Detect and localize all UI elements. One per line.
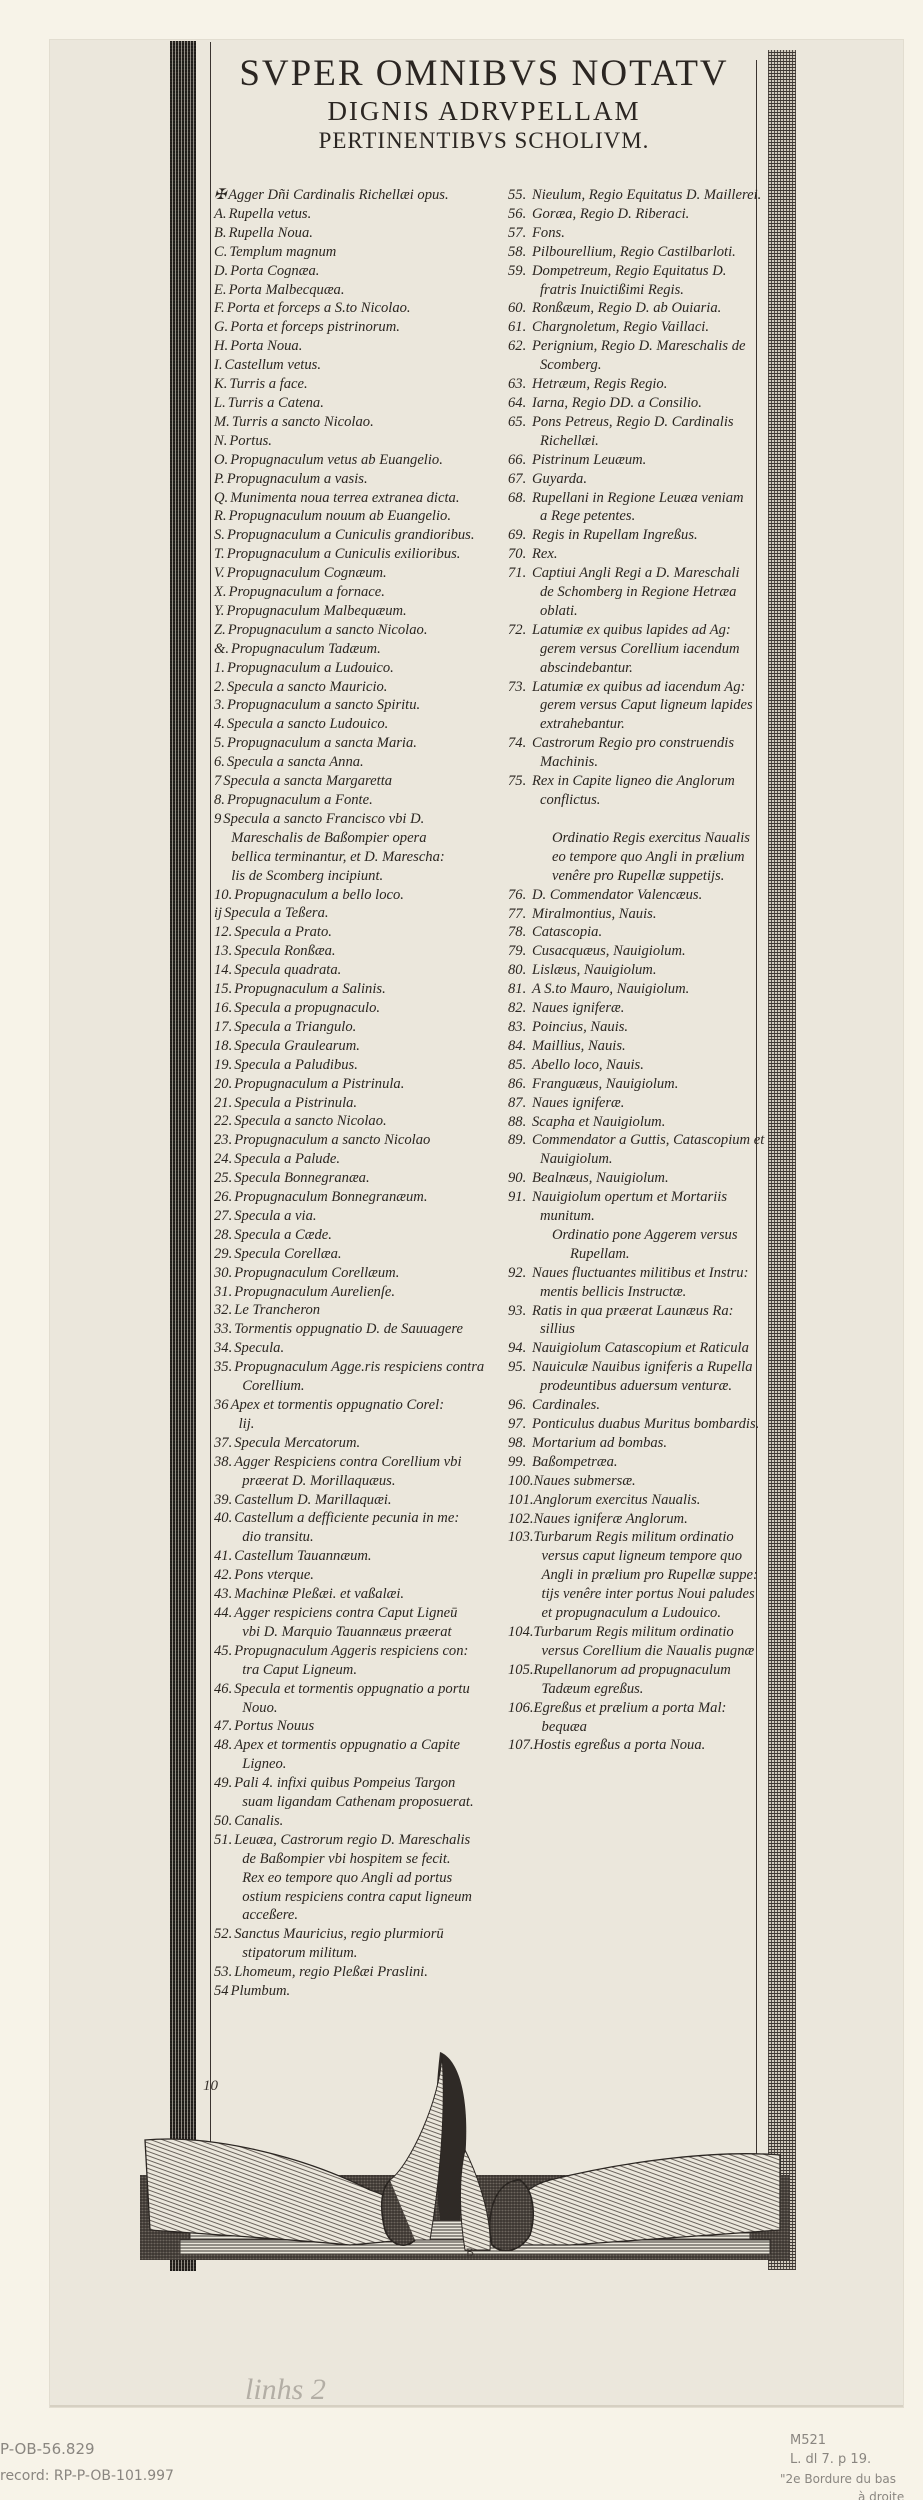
legend-entry: 45.Propugnaculum Aggeris respiciens con:… [214, 1642, 514, 1680]
legend-entry: ijSpecula a Teßera. [214, 904, 514, 923]
legend-description: Porta et forceps a S.to Nicolao. [227, 299, 514, 318]
legend-line: Agger Respiciens contra Corellium vbi [234, 1453, 514, 1472]
legend-description: Propugnaculum a vasis. [227, 470, 514, 489]
legend-description: Hetræum, Regis Regio. [532, 375, 758, 394]
legend-entry: 4.Specula a sancto Ludouico. [214, 715, 514, 734]
legend-key: 36 [214, 1396, 231, 1434]
legend-description: Naues fluctuantes militibus et Instru:me… [532, 1264, 758, 1302]
legend-key: 80. [508, 961, 532, 980]
title-line-3: PERTINENTIBVS SCHOLIVM. [212, 126, 756, 156]
legend-key: M. [214, 413, 232, 432]
legend-line: Miralmontius, Nauis. [532, 905, 758, 924]
title-block: SVPER OMNIBVS NOTATV DIGNIS ADRVPELLAM P… [212, 52, 756, 156]
legend-entry: 12.Specula a Prato. [214, 923, 514, 942]
legend-key: 13. [214, 942, 234, 961]
legend-line: Specula a sancto Mauricio. [227, 678, 514, 697]
legend-entry: 33.Tormentis oppugnatio D. de Sauuagere [214, 1320, 514, 1339]
legend-entry: 76.D. Commendator Valencæus. [508, 886, 758, 905]
legend-key: 47. [214, 1717, 234, 1736]
legend-entry: F.Porta et forceps a S.to Nicolao. [214, 299, 514, 318]
pencil-ref-right-3: "2e Bordure du bas [780, 2472, 896, 2486]
legend-description: Tormentis oppugnatio D. de Sauuagere [234, 1320, 514, 1339]
legend-key: 58. [508, 243, 532, 262]
legend-entry: A.Rupella vetus. [214, 205, 514, 224]
legend-description: Latumiæ ex quibus ad iacendum Ag:gerem v… [532, 678, 758, 735]
legend-line: Propugnaculum a sancta Maria. [227, 734, 514, 753]
legend-entry: 63.Hetræum, Regis Regio. [508, 375, 758, 394]
legend-line: Specula a sancta Anna. [227, 753, 514, 772]
legend-key: 89. [508, 1131, 532, 1169]
legend-line: Nauigiolum Catascopium et Raticula [532, 1339, 758, 1358]
hatched-border-left [170, 41, 196, 2271]
legend-key: 100. [508, 1472, 534, 1491]
legend-key: 78. [508, 923, 532, 942]
legend-description: Turbarum Regis militum ordinatioversus C… [534, 1623, 758, 1661]
legend-key: 10. [214, 886, 234, 905]
legend-entry: 97.Ponticulus duabus Muritus bombardis. [508, 1415, 758, 1434]
legend-entry: 66.Pistrinum Leuæum. [508, 451, 758, 470]
legend-entry: S.Propugnaculum a Cuniculis grandioribus… [214, 526, 514, 545]
pencil-ref-right-2: L. dl 7. p 19. [790, 2452, 871, 2467]
legend-key: Z. [214, 621, 228, 640]
legend-line: Propugnaculum Aggeris respiciens con: [234, 1642, 514, 1661]
legend-line: Cardinales. [532, 1396, 758, 1415]
legend-line: Specula a Paludibus. [234, 1056, 514, 1075]
legend-description: Specula a via. [234, 1207, 514, 1226]
legend-line: Propugnaculum Agge.ris respiciens contra [234, 1358, 514, 1377]
legend-description: Miralmontius, Nauis. [532, 905, 758, 924]
legend-line: et propugnaculum a Ludouico. [534, 1604, 758, 1623]
legend-line: fratris Inuictißimi Regis. [532, 281, 758, 300]
legend-description: Porta Noua. [230, 337, 514, 356]
legend-key: 43. [214, 1585, 234, 1604]
legend-key: 49. [214, 1774, 234, 1812]
legend-entry: 101.Anglorum exercitus Naualis. [508, 1491, 758, 1510]
legend-key: 15. [214, 980, 234, 999]
legend-description: Baßompetræa. [532, 1453, 758, 1472]
legend-line: Pons vterque. [234, 1566, 514, 1585]
legend-line: Chargnoletum, Regio Vaillaci. [532, 318, 758, 337]
legend-entry: 61.Chargnoletum, Regio Vaillaci. [508, 318, 758, 337]
legend-line: A S.to Mauro, Nauigiolum. [532, 980, 758, 999]
legend-entry: 106.Egreßus et prælium a porta Mal:bequæ… [508, 1699, 758, 1737]
legend-line: Turbarum Regis militum ordinatio [534, 1528, 758, 1547]
legend-line: abscindebantur. [532, 659, 758, 678]
legend-line: Propugnaculum Corellæum. [234, 1264, 514, 1283]
legend-description: Porta Cognæa. [230, 262, 514, 281]
legend-key: 18. [214, 1037, 234, 1056]
legend-entry: 32.Le Trancheron [214, 1301, 514, 1320]
legend-key: 90. [508, 1169, 532, 1188]
legend-description: Propugnaculum Aggeris respiciens con:tra… [234, 1642, 514, 1680]
legend-description: Propugnaculum a sancto Nicolao. [228, 621, 514, 640]
legend-line: Franguæus, Nauigiolum. [532, 1075, 758, 1094]
legend-line: Sanctus Mauricius, regio plurmiorū [234, 1925, 514, 1944]
legend-key: 107. [508, 1736, 534, 1755]
legend-key: 72. [508, 621, 532, 678]
legend-key: 62. [508, 337, 532, 375]
legend-entry: 64.Iarna, Regio DD. a Consilio. [508, 394, 758, 413]
legend-line: Commendator a Guttis, Catascopium et [532, 1131, 764, 1150]
legend-key: 73. [508, 678, 532, 735]
legend-line: mentis bellicis Instructæ. [532, 1283, 758, 1302]
legend-key: 66. [508, 451, 532, 470]
legend-key: 22. [214, 1112, 234, 1131]
legend-key: 96. [508, 1396, 532, 1415]
legend-key: D. [214, 262, 230, 281]
legend-entry: 98.Mortarium ad bombas. [508, 1434, 758, 1453]
legend-description: Lhomeum, regio Pleßæi Praslini. [234, 1963, 514, 1982]
legend-description: Cardinales. [532, 1396, 758, 1415]
base-letter: B [466, 2245, 474, 2260]
legend-description: Castrorum Regio pro construendisMachinis… [532, 734, 758, 772]
legend-entry: 92.Naues fluctuantes militibus et Instru… [508, 1264, 758, 1302]
legend-key: 3. [214, 696, 227, 715]
legend-description: A S.to Mauro, Nauigiolum. [532, 980, 758, 999]
legend-entry: 37.Specula Mercatorum. [214, 1434, 514, 1453]
legend-line: Regis in Rupellam Ingreßus. [532, 526, 758, 545]
legend-line: Turris a sancto Nicolao. [232, 413, 514, 432]
legend-description: Plumbum. [231, 1982, 514, 2001]
legend-line: Specula a propugnaculo. [234, 999, 514, 1018]
legend-entry: 91.Nauigiolum opertum et Mortariismunitu… [508, 1188, 758, 1226]
legend-line: Latumiæ ex quibus lapides ad Ag: [532, 621, 758, 640]
legend-entry: 90.Bealnæus, Nauigiolum. [508, 1169, 758, 1188]
legend-entry: 77.Miralmontius, Nauis. [508, 905, 758, 924]
legend-description: Specula a Triangulo. [234, 1018, 514, 1037]
legend-entry: 53.Lhomeum, regio Pleßæi Praslini. [214, 1963, 514, 1982]
legend-line: Hetræum, Regis Regio. [532, 375, 758, 394]
legend-line: Nauigiolum opertum et Mortariis [532, 1188, 758, 1207]
legend-entry: 75.Rex in Capite ligneo die Anglorumconf… [508, 772, 758, 810]
legend-line: Castellum vetus. [225, 356, 514, 375]
legend-line: stipatorum militum. [234, 1944, 514, 1963]
legend-line: Mareschalis de Baßompier opera [223, 829, 514, 848]
legend-key: 38. [214, 1453, 234, 1491]
legend-description: Nieulum, Regio Equitatus D. Maillerei. [532, 186, 761, 205]
legend-key: 14. [214, 961, 234, 980]
legend-entry: 57.Fons. [508, 224, 758, 243]
legend-key: 102. [508, 1510, 534, 1529]
pencil-ref-right-4: à droite [858, 2490, 904, 2500]
legend-description: Poincius, Nauis. [532, 1018, 758, 1037]
legend-description: Commendator a Guttis, Catascopium etNaui… [532, 1131, 764, 1169]
legend-entry: X.Propugnaculum a fornace. [214, 583, 514, 602]
legend-description: Propugnaculum vetus ab Euangelio. [230, 451, 514, 470]
legend-entry: L.Turris a Catena. [214, 394, 514, 413]
legend-entry: 24.Specula a Palude. [214, 1150, 514, 1169]
legend-key: 68. [508, 489, 532, 527]
legend-key: 76. [508, 886, 532, 905]
legend-key: 12. [214, 923, 234, 942]
legend-key: 101. [508, 1491, 534, 1510]
legend-line: Naues submersæ. [534, 1472, 758, 1491]
legend-entry: 70.Rex. [508, 545, 758, 564]
legend-entry: 46.Specula et tormentis oppugnatio a por… [214, 1680, 514, 1718]
legend-key: 41. [214, 1547, 234, 1566]
legend-line: Castellum a defficiente pecunia in me: [234, 1509, 514, 1528]
legend-line: extrahebantur. [532, 715, 758, 734]
legend-description: Templum magnum [229, 243, 514, 262]
legend-line: Propugnaculum vetus ab Euangelio. [230, 451, 514, 470]
legend-description: Rupellani in Regione Leuæa veniama Rege … [532, 489, 758, 527]
legend-line: Maillius, Nauis. [532, 1037, 758, 1056]
legend-description: Pons Petreus, Regio D. CardinalisRichell… [532, 413, 758, 451]
legend-key: ✠ [214, 186, 228, 205]
legend-entry: T.Propugnaculum a Cuniculis exilioribus. [214, 545, 514, 564]
legend-line: Specula Mercatorum. [234, 1434, 514, 1453]
legend-key: P. [214, 470, 227, 489]
legend-description: Maillius, Nauis. [532, 1037, 758, 1056]
legend-line: Perignium, Regio D. Mareschalis de [532, 337, 758, 356]
legend-column-left: ✠Agger Dñi Cardinalis Richellæi opus.A.R… [214, 186, 514, 2001]
legend-key: 84. [508, 1037, 532, 1056]
legend-description: Captiui Angli Regi a D. Mareschalide Sch… [532, 564, 758, 621]
legend-description: Turris a Catena. [228, 394, 514, 413]
legend-key: 37. [214, 1434, 234, 1453]
legend-key: 95. [508, 1358, 532, 1396]
legend-entry: Z.Propugnaculum a sancto Nicolao. [214, 621, 514, 640]
legend-section-heading: Rupellam. [508, 1245, 758, 1264]
legend-entry: 50.Canalis. [214, 1812, 514, 1831]
legend-line: Scomberg. [532, 356, 758, 375]
legend-key: 42. [214, 1566, 234, 1585]
legend-key: 5. [214, 734, 227, 753]
legend-entry: 78.Catascopia. [508, 923, 758, 942]
legend-description: Machinæ Pleßæi. et vaßalæi. [234, 1585, 514, 1604]
legend-description: Specula a Teßera. [224, 904, 514, 923]
legend-key: 1. [214, 659, 227, 678]
legend-line: Specula. [234, 1339, 514, 1358]
legend-line: Specula Bonnegranæa. [234, 1169, 514, 1188]
legend-entry: 16.Specula a propugnaculo. [214, 999, 514, 1018]
legend-description: Turris a face. [229, 375, 514, 394]
legend-key: 29. [214, 1245, 234, 1264]
legend-entry: 79.Cusacquæus, Nauigiolum. [508, 942, 758, 961]
legend-line: Apex et tormentis oppugnatio a Capite [234, 1736, 514, 1755]
legend-key: 45. [214, 1642, 234, 1680]
legend-entry: 10.Propugnaculum a bello loco. [214, 886, 514, 905]
legend-line: Angli in prælium pro Rupellæ suppe: [534, 1566, 758, 1585]
legend-description: Specula a Cæde. [234, 1226, 514, 1245]
legend-line: munitum. [532, 1207, 758, 1226]
legend-entry: 58.Pilbourellium, Regio Castilbarloti. [508, 243, 758, 262]
legend-entry: M.Turris a sancto Nicolao. [214, 413, 514, 432]
legend-entry: 9Specula a sancto Francisco vbi D.Maresc… [214, 810, 514, 886]
legend-entry: D.Porta Cognæa. [214, 262, 514, 281]
legend-description: Turris a sancto Nicolao. [232, 413, 514, 432]
legend-entry: 27.Specula a via. [214, 1207, 514, 1226]
legend-line: Propugnaculum a Salinis. [234, 980, 514, 999]
legend-key: E. [214, 281, 229, 300]
legend-description: Pilbourellium, Regio Castilbarloti. [532, 243, 758, 262]
legend-key: 50. [214, 1812, 234, 1831]
legend-description: Hostis egreßus a porta Noua. [534, 1736, 758, 1755]
legend-description: Bealnæus, Nauigiolum. [532, 1169, 758, 1188]
legend-key: 20. [214, 1075, 234, 1094]
legend-key: 79. [508, 942, 532, 961]
legend-line: Agger respiciens contra Caput Ligneū [234, 1604, 514, 1623]
legend-description: Propugnaculum a sancta Maria. [227, 734, 514, 753]
legend-description: Propugnaculum Tadæum. [231, 640, 514, 659]
legend-description: Leuæa, Castrorum regio D. Mareschalisde … [234, 1831, 514, 1926]
legend-key: 44. [214, 1604, 234, 1642]
legend-key: 7 [214, 772, 223, 791]
legend-key: 19. [214, 1056, 234, 1075]
legend-key: 24. [214, 1150, 234, 1169]
legend-line: Mortarium ad bombas. [532, 1434, 758, 1453]
legend-entry: 8.Propugnaculum a Fonte. [214, 791, 514, 810]
legend-key: 51. [214, 1831, 234, 1926]
legend-line: Corellium. [234, 1377, 514, 1396]
legend-description: Nauiculæ Nauibus igniferis a Rupellaprod… [532, 1358, 758, 1396]
legend-key: 69. [508, 526, 532, 545]
legend-line: gerem versus Caput ligneum lapides [532, 696, 758, 715]
legend-key: 60. [508, 299, 532, 318]
legend-entry: 104.Turbarum Regis militum ordinatiovers… [508, 1623, 758, 1661]
legend-line: Canalis. [234, 1812, 514, 1831]
pencil-ref-right-1: M521 [790, 2433, 826, 2448]
legend-description: Pons vterque. [234, 1566, 514, 1585]
legend-entry: 55.Nieulum, Regio Equitatus D. Maillerei… [508, 186, 758, 205]
legend-key: 55. [508, 186, 532, 205]
legend-entry: 31.Propugnaculum Aurelienſe. [214, 1283, 514, 1302]
legend-description: Specula a Prato. [234, 923, 514, 942]
legend-entry: 30.Propugnaculum Corellæum. [214, 1264, 514, 1283]
legend-line: Porta et forceps a S.to Nicolao. [227, 299, 514, 318]
legend-description: Ponticulus duabus Muritus bombardis. [532, 1415, 759, 1434]
legend-description: Propugnaculum a sancto Nicolao [234, 1131, 514, 1150]
legend-key: I. [214, 356, 225, 375]
legend-description: Anglorum exercitus Naualis. [534, 1491, 758, 1510]
legend-entry: R.Propugnaculum nouum ab Euangelio. [214, 507, 514, 526]
legend-key: &. [214, 640, 231, 659]
legend-entry: G.Porta et forceps pistrinorum. [214, 318, 514, 337]
legend-entry: 60.Ronßæum, Regio D. ab Ouiaria. [508, 299, 758, 318]
legend-entry: 67.Guyarda. [508, 470, 758, 489]
legend-entry: 73.Latumiæ ex quibus ad iacendum Ag:gere… [508, 678, 758, 735]
legend-entry: 72.Latumiæ ex quibus lapides ad Ag:gerem… [508, 621, 758, 678]
legend-line: Specula a Prato. [234, 923, 514, 942]
legend-line: Lhomeum, regio Pleßæi Praslini. [234, 1963, 514, 1982]
legend-entry: 47.Portus Nouus [214, 1717, 514, 1736]
hatched-border-right [768, 50, 796, 2270]
legend-entry: 28.Specula a Cæde. [214, 1226, 514, 1245]
legend-section-heading: eo tempore quo Angli in prælium [508, 848, 758, 867]
legend-description: Propugnaculum a fornace. [229, 583, 514, 602]
legend-line: Rupella Noua. [229, 224, 514, 243]
legend-entry: 74.Castrorum Regio pro construendisMachi… [508, 734, 758, 772]
legend-line: Propugnaculum a Cuniculis exilioribus. [227, 545, 514, 564]
legend-description: Propugnaculum nouum ab Euangelio. [229, 507, 514, 526]
legend-line: Propugnaculum Malbequæum. [226, 602, 514, 621]
legend-key: 71. [508, 564, 532, 621]
legend-description: Rex in Capite ligneo die Anglorumconflic… [532, 772, 758, 810]
legend-description: Rupella vetus. [229, 205, 514, 224]
legend-entry: 18.Specula Graulearum. [214, 1037, 514, 1056]
legend-key: 65. [508, 413, 532, 451]
legend-key: 23. [214, 1131, 234, 1150]
legend-entry: 25.Specula Bonnegranæa. [214, 1169, 514, 1188]
legend-description: Propugnaculum Corellæum. [234, 1264, 514, 1283]
legend-line: Ratis in qua præerat Launæus Ra: [532, 1302, 758, 1321]
legend-line: Nauigiolum. [532, 1150, 764, 1169]
pencil-ref-left-2: record: RP-P-OB-101.997 [0, 2468, 174, 2484]
legend-key: 56. [508, 205, 532, 224]
legend-description: Naues igniferæ. [532, 999, 758, 1018]
legend-line: Iarna, Regio DD. a Consilio. [532, 394, 758, 413]
legend-key: 34. [214, 1339, 234, 1358]
legend-entry: 96.Cardinales. [508, 1396, 758, 1415]
legend-entry: 100.Naues submersæ. [508, 1472, 758, 1491]
legend-line: Nieulum, Regio Equitatus D. Maillerei. [532, 186, 761, 205]
legend-line: Pali 4. infixi quibus Pompeius Targon [234, 1774, 514, 1793]
legend-description: Castellum D. Marillaquæi. [234, 1491, 514, 1510]
legend-key: 87. [508, 1094, 532, 1113]
legend-description: Specula a sancto Nicolao. [234, 1112, 514, 1131]
legend-entry: Y.Propugnaculum Malbequæum. [214, 602, 514, 621]
legend-entry: 85.Abello loco, Nauis. [508, 1056, 758, 1075]
legend-line: bequæa [534, 1718, 758, 1737]
legend-line: prodeuntibus aduersum venturæ. [532, 1377, 758, 1396]
legend-description: Specula a sancta Margaretta [223, 772, 514, 791]
legend-line: Latumiæ ex quibus ad iacendum Ag: [532, 678, 758, 697]
legend-entry: 21.Specula a Pistrinula. [214, 1094, 514, 1113]
legend-line: Propugnaculum a Fonte. [227, 791, 514, 810]
legend-description: Dompetreum, Regio Equitatus D.fratris In… [532, 262, 758, 300]
legend-key: 106. [508, 1699, 534, 1737]
legend-key: 94. [508, 1339, 532, 1358]
legend-key: 91. [508, 1188, 532, 1226]
legend-key: B. [214, 224, 229, 243]
legend-line: Cusacquæus, Nauigiolum. [532, 942, 758, 961]
legend-line: Le Trancheron [234, 1301, 514, 1320]
legend-description: D. Commendator Valencæus. [532, 886, 758, 905]
legend-entry: B.Rupella Noua. [214, 224, 514, 243]
legend-key: 77. [508, 905, 532, 924]
legend-entry: 34.Specula. [214, 1339, 514, 1358]
legend-line: Porta Noua. [230, 337, 514, 356]
legend-line: Propugnaculum Aurelienſe. [234, 1283, 514, 1302]
legend-line: lij. [231, 1415, 514, 1434]
legend-entry: 99.Baßompetræa. [508, 1453, 758, 1472]
legend-key: 53. [214, 1963, 234, 1982]
legend-line: Propugnaculum a Ludouico. [227, 659, 514, 678]
legend-description: Specula a sancto Mauricio. [227, 678, 514, 697]
legend-key: 26. [214, 1188, 234, 1207]
legend-line: Turbarum Regis militum ordinatio [534, 1623, 758, 1642]
legend-line: Catascopia. [532, 923, 758, 942]
legend-description: Specula a Palude. [234, 1150, 514, 1169]
legend-line: Specula a sancto Francisco vbi D. [223, 810, 514, 829]
legend-line: præerat D. Morillaquæus. [234, 1472, 514, 1491]
legend-key: 104. [508, 1623, 534, 1661]
title-line-1: SVPER OMNIBVS NOTATV [212, 52, 756, 96]
legend-line: Rupella vetus. [229, 205, 514, 224]
legend-line: Nauiculæ Nauibus igniferis a Rupella [532, 1358, 758, 1377]
legend-line: Guyarda. [532, 470, 758, 489]
legend-description: Pali 4. infixi quibus Pompeius Targonsua… [234, 1774, 514, 1812]
legend-entry: 89.Commendator a Guttis, Catascopium etN… [508, 1131, 758, 1169]
legend-key: L. [214, 394, 228, 413]
legend-entry: 86.Franguæus, Nauigiolum. [508, 1075, 758, 1094]
legend-line: Anglorum exercitus Naualis. [534, 1491, 758, 1510]
legend-description: Nauigiolum Catascopium et Raticula [532, 1339, 758, 1358]
legend-description: Propugnaculum a sancto Spiritu. [227, 696, 514, 715]
legend-key: 88. [508, 1113, 532, 1132]
legend-key: H. [214, 337, 230, 356]
legend-key: 25. [214, 1169, 234, 1188]
